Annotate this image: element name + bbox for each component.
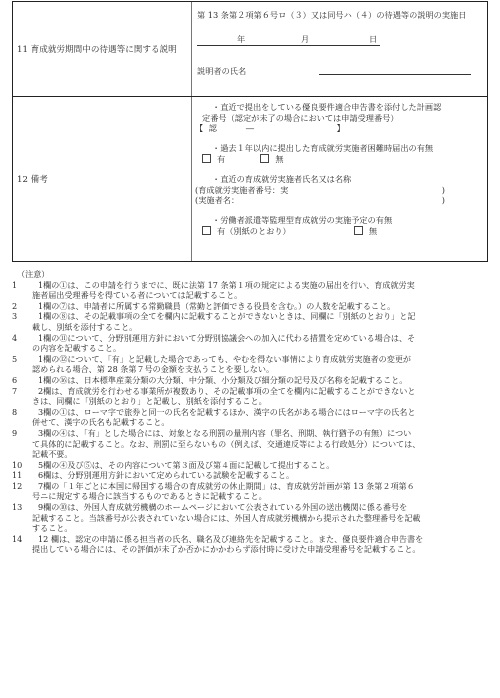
- explainer-name-field[interactable]: [319, 74, 471, 75]
- row-12-label: 12 備考: [13, 97, 192, 261]
- note-item: 105欄の④及び⑤は、その内容について第３面及び第４面に記載して提出すること。: [12, 460, 490, 471]
- row-11-label: 11 育成就労期間中の待遇等に関する説明: [13, 2, 192, 96]
- difficulty-yes-label: 有: [217, 154, 225, 164]
- certification-prefix: 認: [206, 123, 220, 134]
- certification-number-title: ・直近で提出をしている優良要件適合申告書を添付した計画認: [202, 102, 467, 113]
- recent-implementer-block: ・直近の育成就労実施者氏名又は名称 (育成就労実施者番号：実 ) (実施者名： …: [202, 174, 467, 206]
- date-day-label: 日: [369, 34, 377, 45]
- note-item: 127欄の「１年ごとに本国に帰国する場合の育成就労の休止期間」は、育成就労計画が…: [12, 481, 490, 502]
- note-item: 21欄の⑦は、申請者に所属する常勤職員（常勤と評価できる役員を含む。）の人数を記…: [12, 301, 490, 312]
- bracket-close: 】: [337, 123, 345, 133]
- note-item: 139欄の⑩は、外国人育成就労機構のホームページにおいて公表されている外国の送出…: [12, 502, 490, 534]
- dispatch-plan-block: ・労働者派遣等監理型育成就労の実施予定の有無 有（別紙のとおり） 無: [202, 215, 467, 236]
- recent-implementer-title: ・直近の育成就労実施者氏名又は名称: [202, 174, 467, 185]
- date-year-label: 年: [237, 34, 245, 45]
- note-item: 116欄は、分野別運用方針において定められている試験を記載すること。: [12, 470, 490, 481]
- dispatch-yes-label: 有（別紙のとおり）: [217, 226, 291, 236]
- note-item: 72欄は、育成就労を行わせる事業所が複数あり、その記載事項の全てを欄内に記載する…: [12, 386, 490, 407]
- difficulty-no-checkbox[interactable]: [260, 154, 269, 163]
- implementer-number-label: (育成就労実施者番号：実: [195, 185, 288, 195]
- row-11-content: 第 13 条第２項第６号ロ（３）又は同号ハ（４）の待遇等の説明の実施日 年 月 …: [192, 2, 487, 96]
- note-item: 1412 欄は、認定の申請に係る担当者の氏名、職名及び連絡先を記載すること。また…: [12, 534, 490, 555]
- notes-heading: （注意）: [12, 269, 490, 280]
- note-item: 61欄の⑯は、日本標準産業分類の大分類、中分類、小分類及び細分類の記号及び名称を…: [12, 375, 490, 386]
- row-11-treatment-explanation: 11 育成就労期間中の待遇等に関する説明 第 13 条第２項第６号ロ（３）又は同…: [13, 2, 487, 97]
- certification-number-block: ・直近で提出をしている優良要件適合申告書を添付した計画認 定番号（認定が未了の場…: [202, 102, 467, 134]
- note-item: 11欄の①は、この申請を行うまでに、既に法第 17 条第１項の規定による実施の届…: [12, 280, 490, 301]
- implementer-name-close: ): [442, 195, 445, 206]
- note-item: 83欄の①は、ローマ字で旅券と同一の氏名を記載するほか、漢字の氏名がある場合には…: [12, 407, 490, 428]
- implementer-name-label: (実施者名：: [195, 195, 239, 205]
- difficulty-no-label: 無: [275, 154, 283, 164]
- row-12-content: ・直近で提出をしている優良要件適合申告書を添付した計画認 定番号（認定が未了の場…: [192, 97, 487, 261]
- row-12-remarks: 12 備考 ・直近で提出をしている優良要件適合申告書を添付した計画認 定番号（認…: [13, 97, 487, 261]
- certification-number-field[interactable]: 【 認 ― 】: [202, 123, 467, 134]
- bracket-open: 【: [195, 123, 203, 133]
- difficulty-yes-checkbox[interactable]: [202, 154, 211, 163]
- dispatch-no-label: 無: [369, 226, 377, 236]
- certification-dash: ―: [222, 123, 277, 134]
- dispatch-no-checkbox[interactable]: [354, 226, 363, 235]
- dispatch-yes-checkbox[interactable]: [202, 226, 211, 235]
- difficulty-notice-block: ・過去１年以内に提出した育成就労実施者困難時届出の有無 有 無: [202, 143, 467, 164]
- certification-number-subtitle: 定番号（認定が未了の場合においては申請受理番号）: [202, 113, 467, 124]
- note-item: 41欄の⑪について、分野別運用方針において分野別協議会への加入に代わる措置を定め…: [12, 333, 490, 354]
- note-item: 31欄の⑧は、その記載事項の全てを欄内に記載することができないときは、同欄に「別…: [12, 311, 490, 332]
- date-month-label: 月: [301, 34, 309, 45]
- note-item: 93欄の④は、「有」とした場合には、対象となる刑罰の量刑内容（罪名、刑期、執行猶…: [12, 428, 490, 460]
- implementer-number-close: ): [442, 185, 445, 196]
- explainer-name-label: 説明者の氏名: [197, 66, 246, 77]
- notes-section: （注意） 11欄の①は、この申請を行うまでに、既に法第 17 条第１項の規定によ…: [12, 269, 490, 555]
- dispatch-plan-title: ・労働者派遣等監理型育成就労の実施予定の有無: [202, 215, 467, 226]
- explanation-date-field[interactable]: 年 月 日: [197, 34, 380, 46]
- note-item: 51欄の⑫について、「有」と記載した場合であっても、やむを得ない事情により育成就…: [12, 354, 490, 375]
- implementer-number-field[interactable]: (育成就労実施者番号：実 ): [202, 185, 467, 196]
- implementer-name-field[interactable]: (実施者名： ): [202, 195, 467, 206]
- difficulty-notice-title: ・過去１年以内に提出した育成就労実施者困難時届出の有無: [202, 143, 467, 154]
- explanation-date-heading: 第 13 条第２項第６号ロ（３）又は同号ハ（４）の待遇等の説明の実施日: [197, 10, 466, 21]
- application-form-table: 11 育成就労期間中の待遇等に関する説明 第 13 条第２項第６号ロ（３）又は同…: [12, 1, 488, 262]
